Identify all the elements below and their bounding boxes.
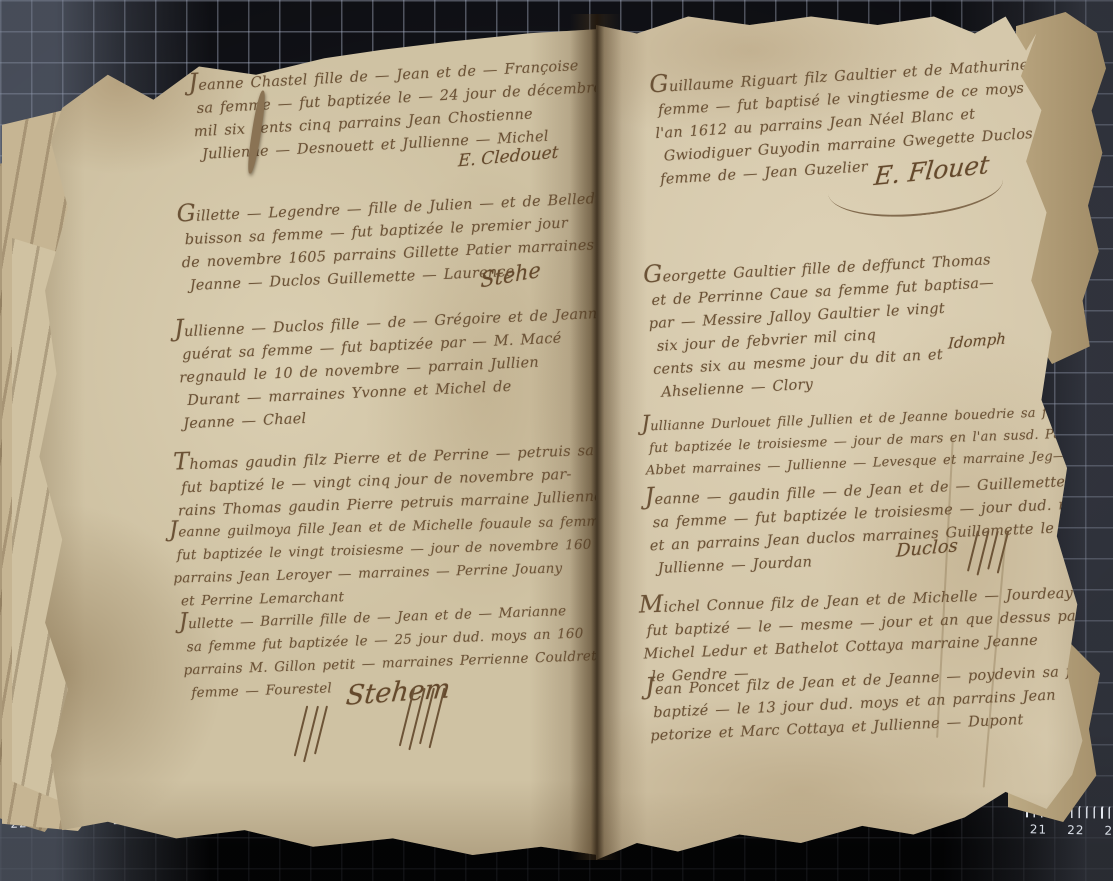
right-page: Guillaume Riguart filz Gaultier et de Ma… — [596, 8, 1108, 860]
baptism-entry: Georgette Gaultier fille de deffunct Tho… — [643, 241, 1086, 406]
signature-paraph — [296, 705, 326, 763]
ruler-number: 22 — [1067, 823, 1085, 837]
ruler-number: 21 — [1030, 822, 1048, 836]
left-page: Jeanne Chastel fille de — Jean et de — F… — [28, 25, 598, 855]
baptism-entry: Gillette — Legendre — fille de Julien — … — [176, 184, 616, 299]
book-gutter-shadow — [570, 14, 622, 860]
baptism-entry: Jullienne — Duclos fille — de — Grégoire… — [174, 299, 615, 437]
photo-of-manuscript-register: 22 21 2 21 22 2 Jeanne Chastel fille de … — [0, 0, 1113, 881]
baptism-entry: Jeanne — gaudin fille — de Jean et de — … — [644, 467, 1084, 582]
ruler-numbers: 21 22 2 — [1026, 822, 1113, 838]
ruler-number: 2 — [1104, 824, 1113, 838]
signature-paraph — [402, 687, 442, 751]
